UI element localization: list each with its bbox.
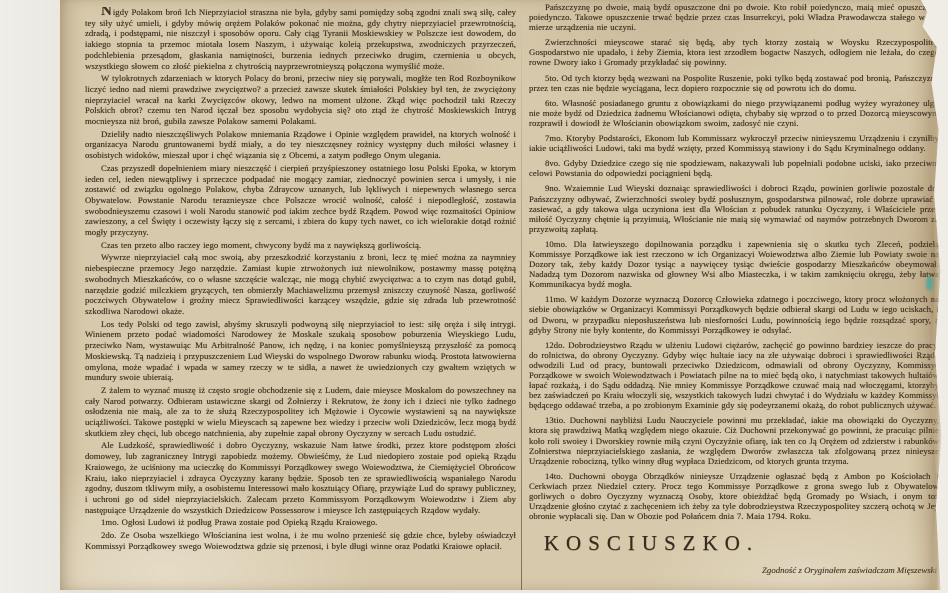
numbered-item: 13tio. Duchowni naybliżsi Ludu Nauczycie…: [529, 415, 939, 465]
document-scan: Nigdy Polakom broń Ich Nieprzyiacioł str…: [0, 0, 948, 593]
paragraph: Zwierzchności mieyscowe starać się będą,…: [529, 37, 939, 67]
numbered-item: 11mo. W każdym Dozorze wyznaczą Dozorcę …: [529, 294, 939, 334]
ink-blot-mark: [926, 276, 933, 291]
paragraph: Los tedy Polski od tego zawisł, abyśmy s…: [85, 319, 516, 383]
paragraph: Wywrze nieprzyiaciel całą moc swoią, aby…: [85, 252, 516, 316]
signature-kosciuszko: T. KOSCIUSZKO.: [529, 531, 939, 556]
numbered-item: 2do. Ze Osoba wszelkiego Włościanina ies…: [85, 530, 516, 551]
paragraph: Dzieliły nadto nieszczęśliwych Polakow m…: [85, 129, 516, 161]
numbered-item: 14to. Duchowni oboyga Obrządków ninieysz…: [529, 471, 939, 521]
numbered-item: 12do. Dobrodzieystwo Rządu w ulżeniu Lud…: [529, 340, 939, 411]
paragraph: Z żalem to wyznać muszę iż często srogie…: [85, 385, 516, 439]
numbered-item: 7mo. Ktoryby Podstarości, Ekonom lub Kom…: [529, 133, 939, 153]
column-divider: [521, 0, 522, 590]
paragraph: Nigdy Polakom broń Ich Nieprzyiacioł str…: [85, 7, 516, 71]
paragraph: Czas ten przeto albo raczey iego moment,…: [85, 240, 516, 251]
paragraph: Ale Ludzkość, sprawiedliwość i dobro Oyc…: [85, 440, 516, 515]
numbered-item: 8vo. Gdyby Dziedzice czego się nie spodz…: [529, 158, 939, 178]
left-text-column: Nigdy Polakom broń Ich Nieprzyiacioł str…: [85, 7, 516, 587]
attestation-note: Zgodność z Oryginałem zaświadczam Mięsze…: [529, 565, 939, 575]
right-text-column: Pańszczyznę po dwoie, maią bydź opuszczo…: [529, 2, 939, 588]
numbered-item: 9no. Wzaiemnie Lud Wieyski doznaiąc spra…: [529, 183, 939, 233]
numbered-item: 10mo. Dla łatwieyszego dopilnowania porz…: [529, 239, 939, 289]
paragraph: Pańszczyznę po dwoie, maią bydź opuszczo…: [529, 2, 939, 32]
paragraph: W tylokrotnych zdarzeniach w ktorych Pol…: [85, 73, 516, 127]
scanned-page: Nigdy Polakom broń Ich Nieprzyiacioł str…: [60, 0, 942, 590]
paragraph: Czas przyszedł dopełnieniem miary nieszc…: [85, 163, 516, 238]
numbered-item: 1mo. Ogłosi Ludowi iż podług Prawa zosta…: [85, 517, 516, 528]
numbered-item: 6to. Własność posiadanego gruntu z obowi…: [529, 98, 939, 128]
numbered-item: 5to. Od tych ktorzy będą wezwani na Posp…: [529, 73, 939, 93]
